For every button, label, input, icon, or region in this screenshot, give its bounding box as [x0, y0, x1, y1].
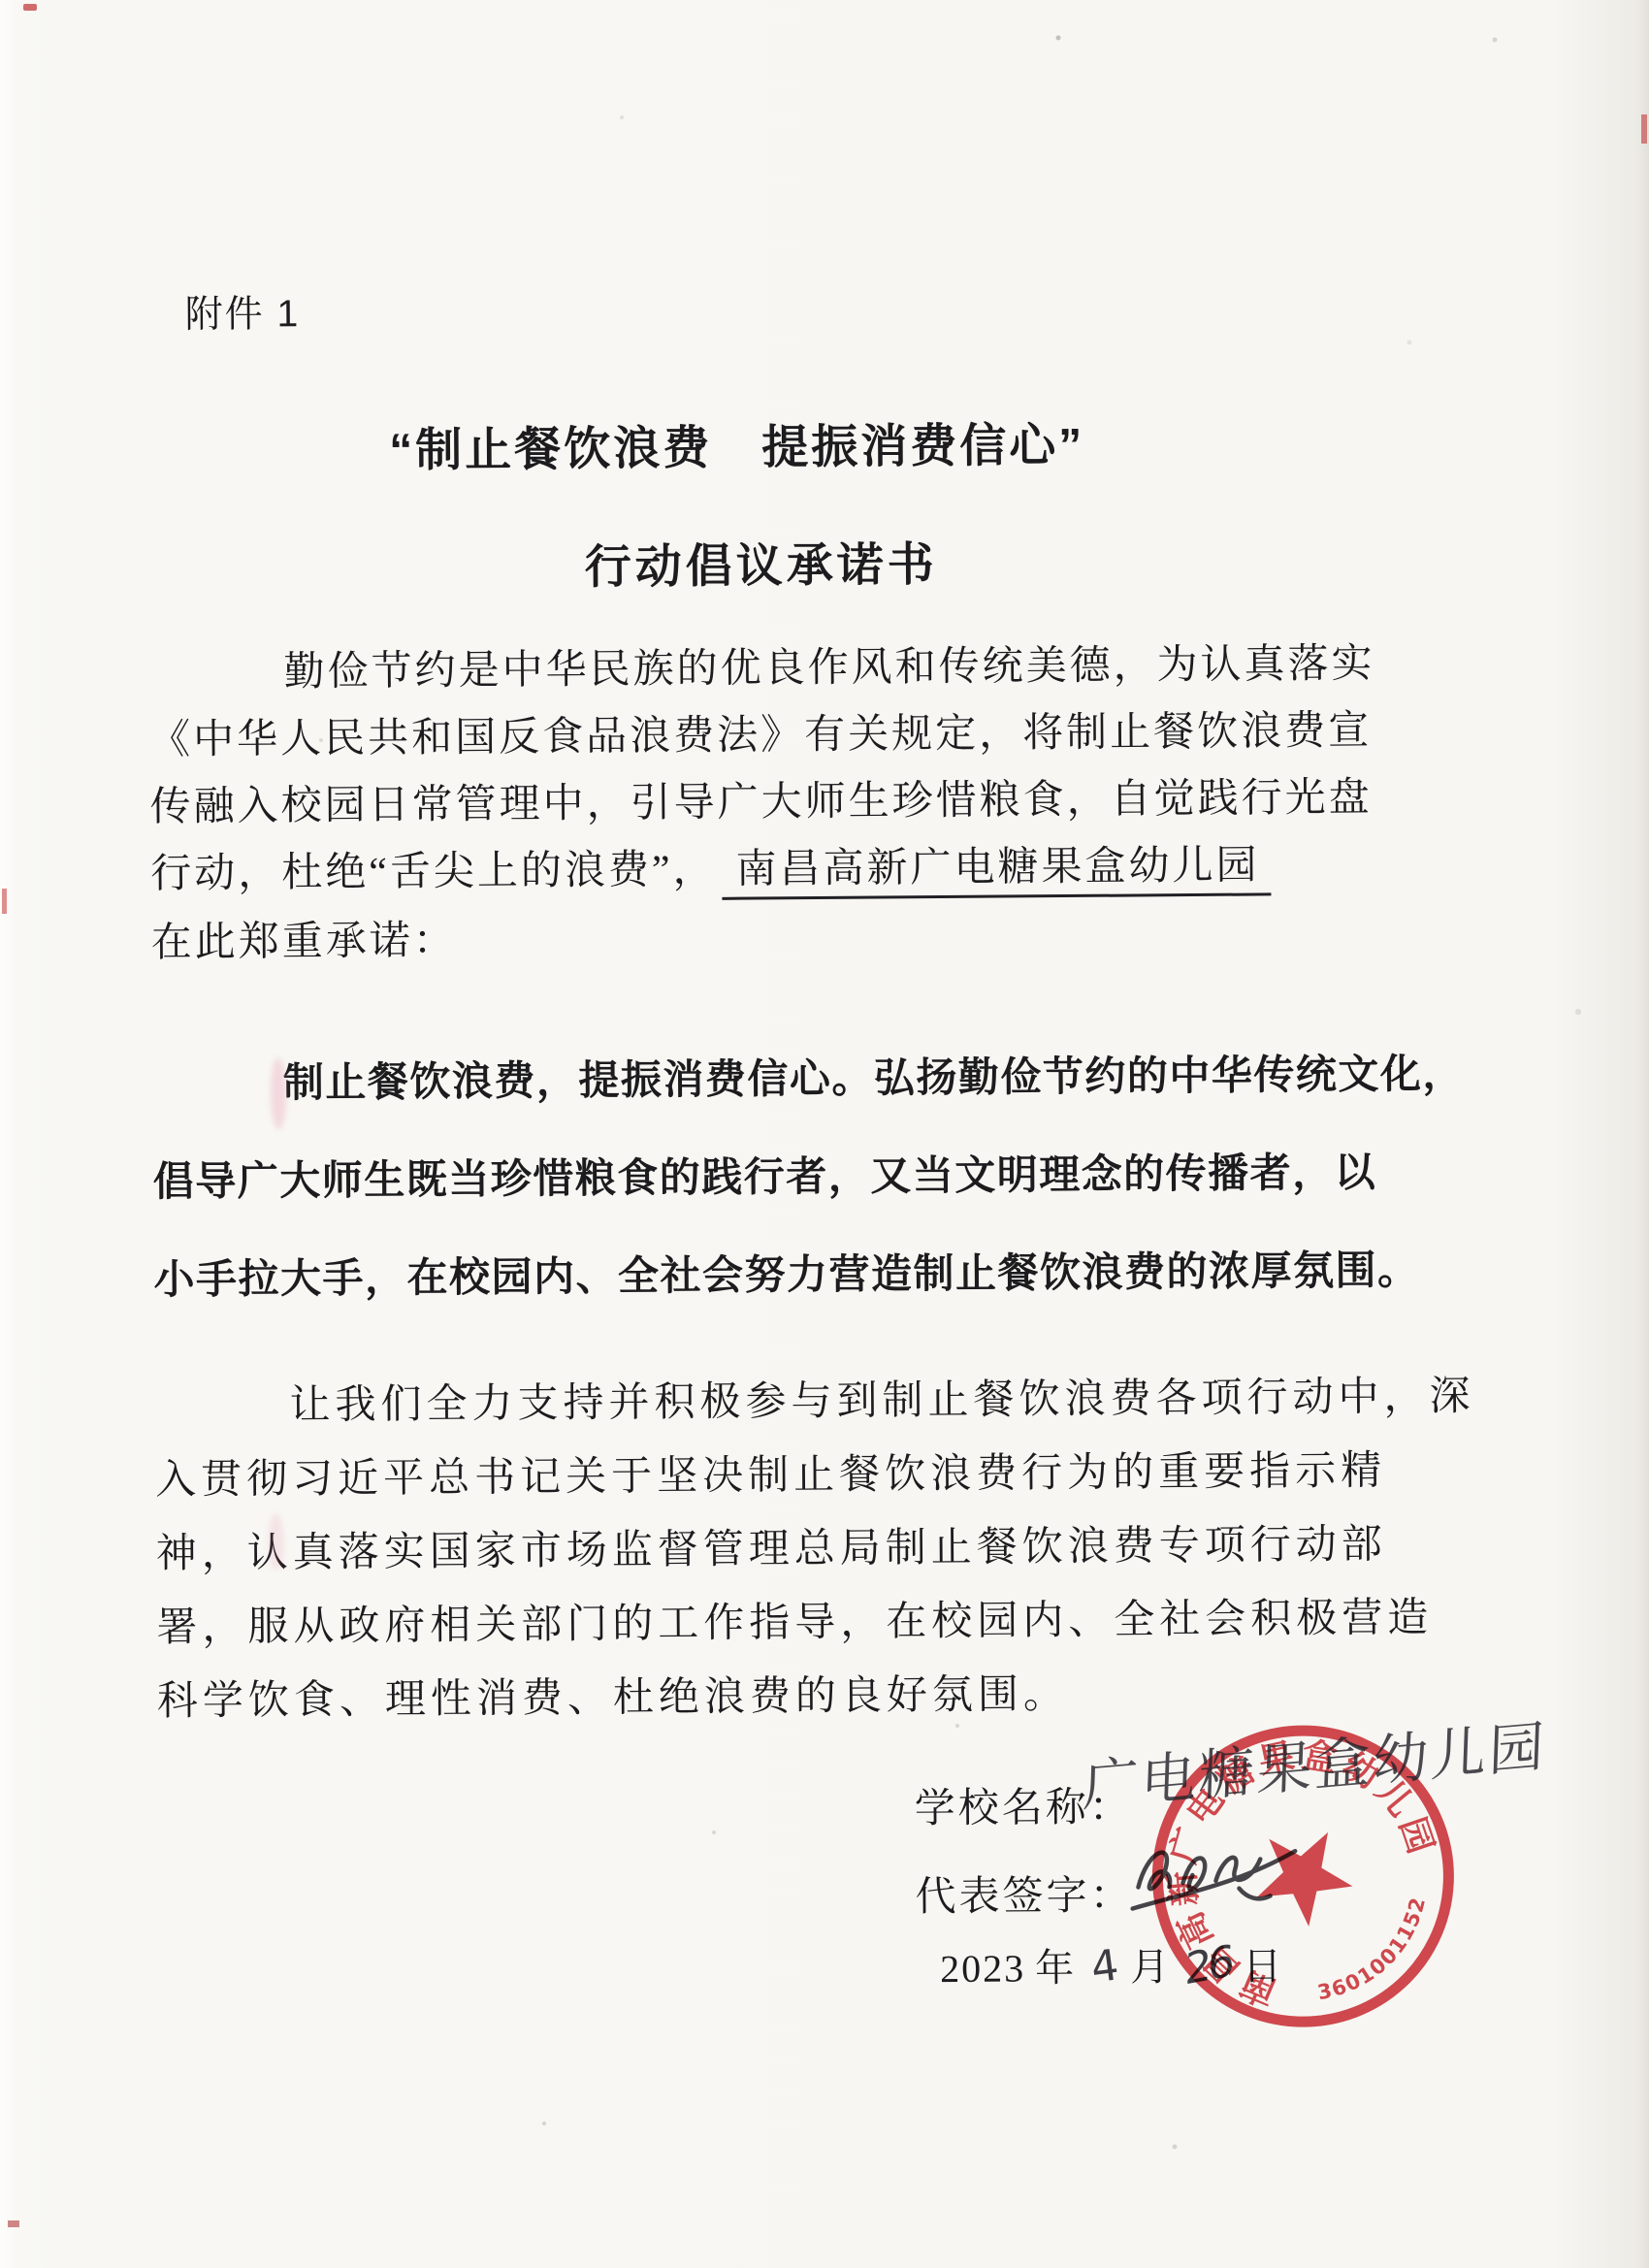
paragraph1-line2: 《中华人民共和国反食品浪费法》有关规定，将制止餐饮浪费宣 — [149, 711, 1372, 761]
paragraph2-line1: 制止餐饮浪费，提振消费信心。弘扬勤俭节约的中华传统文化， — [283, 1054, 1465, 1105]
pink-smudge-artifact — [268, 1513, 283, 1570]
paragraph1-line3: 传融入校园日常管理中，引导广大师生珍惜粮食，自觉践行光盘 — [150, 778, 1373, 828]
paragraph3-line5: 科学饮食、理性消费、杜绝浪费的良好氛围。 — [157, 1674, 1069, 1722]
date-month-handwritten: 4 — [1088, 1944, 1122, 1991]
date-year-unit: 年 — [1035, 1946, 1076, 1990]
date-year: 2023 — [940, 1946, 1025, 1991]
paragraph3-line1: 让我们全力支持并积极参与到制止餐饮浪费各项行动中，深 — [289, 1377, 1474, 1427]
handwritten-signature — [1122, 1826, 1317, 1939]
attachment-label: 附件 1 — [185, 295, 301, 334]
paragraph3-line4: 署，服从政府相关部门的工作指导，在校园内、全社会积极营造 — [156, 1598, 1433, 1648]
paragraph3-line3: 神，认真落实国家市场监督管理总局制止餐饮浪费专项行动部 — [156, 1524, 1387, 1574]
paragraph1-line4: 行动，杜绝“舌尖上的浪费”，南昌高新广电糖果盒幼儿园 — [150, 845, 1272, 904]
paragraph2-line2: 倡导广大师生既当珍惜粮食的践行者，又当文明理念的传播者，以 — [153, 1153, 1377, 1204]
document-title-line2: 行动倡议承诺书 — [0, 537, 1528, 596]
red-edge-mark — [1641, 114, 1647, 144]
school-name-underlined: 南昌高新广电糖果盒幼儿园 — [722, 845, 1271, 899]
paragraph1-line1: 勤俭节约是中华民族的优良作风和传统美德，为认真落实 — [283, 644, 1374, 694]
dust-specks — [0, 0, 2, 2]
paragraph3-line2: 入贯彻习近平总书记关于坚决制止餐饮浪费行为的重要指示精 — [155, 1450, 1386, 1501]
paragraph1-line5: 在此郑重承诺： — [151, 921, 457, 963]
paragraph2-line3: 小手拉大手，在校园内、全社会努力营造制止餐饮浪费的浓厚氛围。 — [153, 1250, 1419, 1301]
representative-signature-label: 代表签字： — [915, 1876, 1133, 1919]
document-content: 附件 1 “制止餐饮浪费 提振消费信心” 行动倡议承诺书 勤俭节约是中华民族的优… — [0, 0, 1649, 2268]
document-title-line1: “制止餐饮浪费 提振消费信心” — [0, 420, 1480, 478]
paragraph1-line4-prefix: 行动，杜绝“舌尖上的浪费”， — [150, 848, 717, 897]
scanned-document-page: 附件 1 “制止餐饮浪费 提振消费信心” 行动倡议承诺书 勤俭节约是中华民族的优… — [0, 0, 1649, 2268]
